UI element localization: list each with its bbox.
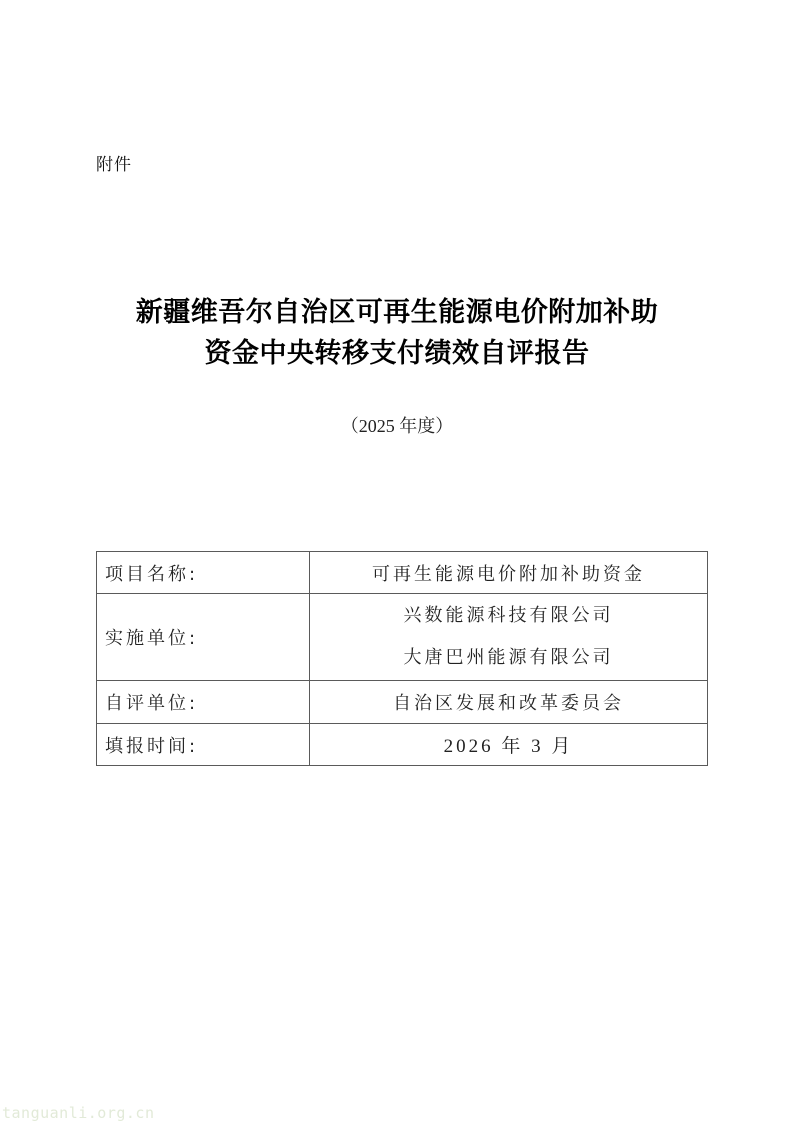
table-row-report-date: 填报时间: 2026 年 3 月: [97, 724, 708, 766]
report-title-line-2: 资金中央转移支付绩效自评报告: [0, 331, 794, 370]
watermark: tanguanli.org.cn: [2, 1104, 155, 1122]
implementing-units-label: 实施单位:: [97, 594, 310, 681]
table-row-evaluating-unit: 自评单位: 自治区发展和改革委员会: [97, 681, 708, 724]
project-name-label: 项目名称:: [97, 552, 310, 594]
attachment-label: 附件: [96, 150, 132, 175]
report-info-table: 项目名称: 可再生能源电价附加补助资金 实施单位: 兴数能源科技有限公司 大唐巴…: [96, 551, 708, 766]
report-year: （2025 年度）: [0, 412, 794, 438]
table-row-implementing-units: 实施单位: 兴数能源科技有限公司 大唐巴州能源有限公司: [97, 594, 708, 681]
report-title-line-1: 新疆维吾尔自治区可再生能源电价附加补助: [0, 290, 794, 329]
implementing-units-value: 兴数能源科技有限公司 大唐巴州能源有限公司: [310, 594, 708, 681]
report-date-label: 填报时间:: [97, 724, 310, 766]
evaluating-unit-value: 自治区发展和改革委员会: [310, 681, 708, 724]
report-date-value: 2026 年 3 月: [310, 724, 708, 766]
implementing-unit-2: 大唐巴州能源有限公司: [310, 637, 707, 679]
table-row-project-name: 项目名称: 可再生能源电价附加补助资金: [97, 552, 708, 594]
implementing-unit-1: 兴数能源科技有限公司: [310, 595, 707, 637]
evaluating-unit-label: 自评单位:: [97, 681, 310, 724]
project-name-value: 可再生能源电价附加补助资金: [310, 552, 708, 594]
